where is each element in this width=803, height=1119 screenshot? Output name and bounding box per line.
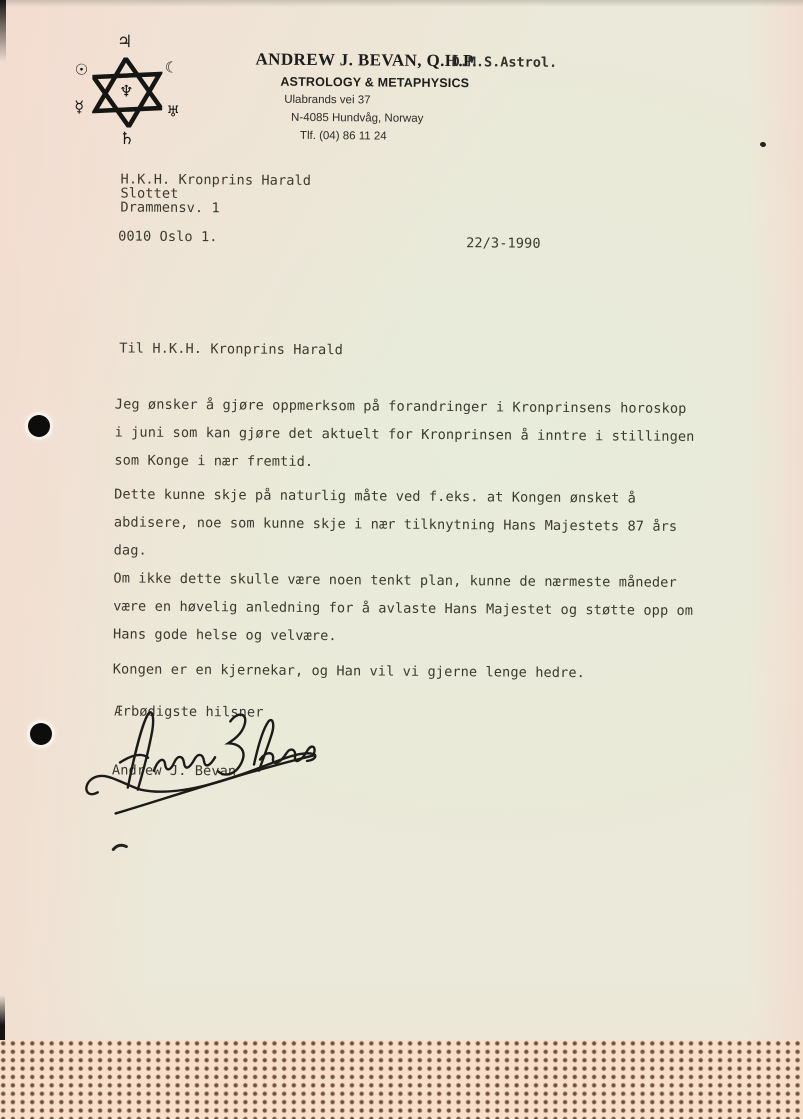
paragraph-1: Jeg ønsker å gjøre oppmerksom på forandr… xyxy=(114,390,735,479)
letterhead-tagline: ASTROLOGY & METAPHYSICS xyxy=(280,75,469,90)
paragraph-4: Kongen er en kjernekar, og Han vil vi gj… xyxy=(113,655,733,688)
uranus-icon: ♅ xyxy=(166,104,180,119)
letterhead-name: ANDREW J. BEVAN, Q.H.P. xyxy=(255,50,477,72)
stray-ink-mark xyxy=(111,842,129,851)
letterhead-credentials: D.M.S.Astrol. xyxy=(451,54,557,71)
neptune-icon: ♆ xyxy=(119,83,133,99)
letterhead-phone: Tlf. (04) 86 11 24 xyxy=(300,130,387,143)
moon-icon: ☾ xyxy=(165,60,179,75)
recipient-address: H.K.H. Kronprins Harald Slottet Drammens… xyxy=(120,172,311,216)
letterhead-city: N-4085 Hundvåg, Norway xyxy=(291,112,423,125)
sun-icon: ☉ xyxy=(75,63,89,78)
mercury-icon: ☿ xyxy=(74,99,84,115)
astrology-logo: ♃ ☉ ☾ ☿ ♅ ♄ ♆ xyxy=(59,20,220,161)
letter-date: 22/3-1990 xyxy=(466,235,541,252)
recipient-postal: 0010 Oslo 1. xyxy=(118,228,218,245)
salutation: Til H.K.H. Kronprins Harald xyxy=(119,340,343,358)
letter-content: ♃ ☉ ☾ ☿ ♅ ♄ ♆ ANDREW J. BEVAN, Q.H.P. D.… xyxy=(0,0,803,1119)
jupiter-icon: ♃ xyxy=(117,34,132,51)
paragraph-3: Om ikke dette skulle være noen tenkt pla… xyxy=(113,564,734,653)
saturn-icon: ♄ xyxy=(119,131,134,148)
handwritten-signature xyxy=(82,700,328,820)
letterhead-street: Ulabrands vei 37 xyxy=(284,94,370,107)
paragraph-2: Dette kunne skje på naturlig måte ved f.… xyxy=(114,480,735,569)
scanned-letter-page: ♃ ☉ ☾ ☿ ♅ ♄ ♆ ANDREW J. BEVAN, Q.H.P. D.… xyxy=(0,0,803,1119)
